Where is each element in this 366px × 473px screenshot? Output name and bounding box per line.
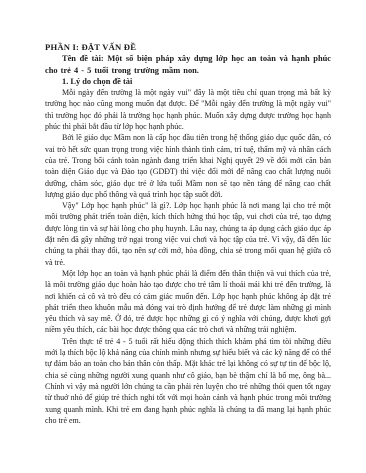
paragraph-2: Bởi lẽ giáo dục Mầm non là cấp học đầu t… (45, 132, 331, 200)
topic-title: Tên đề tài: Một số biện pháp xây dựng lớ… (45, 53, 331, 76)
paragraph-3: Vậy" Lớp học hạnh phúc" là gì?. Lớp học … (45, 200, 331, 268)
paragraph-1: Mỗi ngày đến trường là một ngày vui" đây… (45, 87, 331, 132)
paragraph-4: Một lớp học an toàn và hạnh phúc phải là… (45, 268, 331, 336)
document-page: PHẦN I: ĐẶT VẤN ĐỀ Tên đề tài: Một số bi… (0, 0, 366, 473)
paragraph-5: Trên thực tế trẻ 4 - 5 tuổi rất hiếu độn… (45, 336, 331, 426)
part-heading: PHẦN I: ĐẶT VẤN ĐỀ (45, 42, 331, 53)
section-heading: 1. Lý do chọn đề tài (45, 76, 331, 87)
